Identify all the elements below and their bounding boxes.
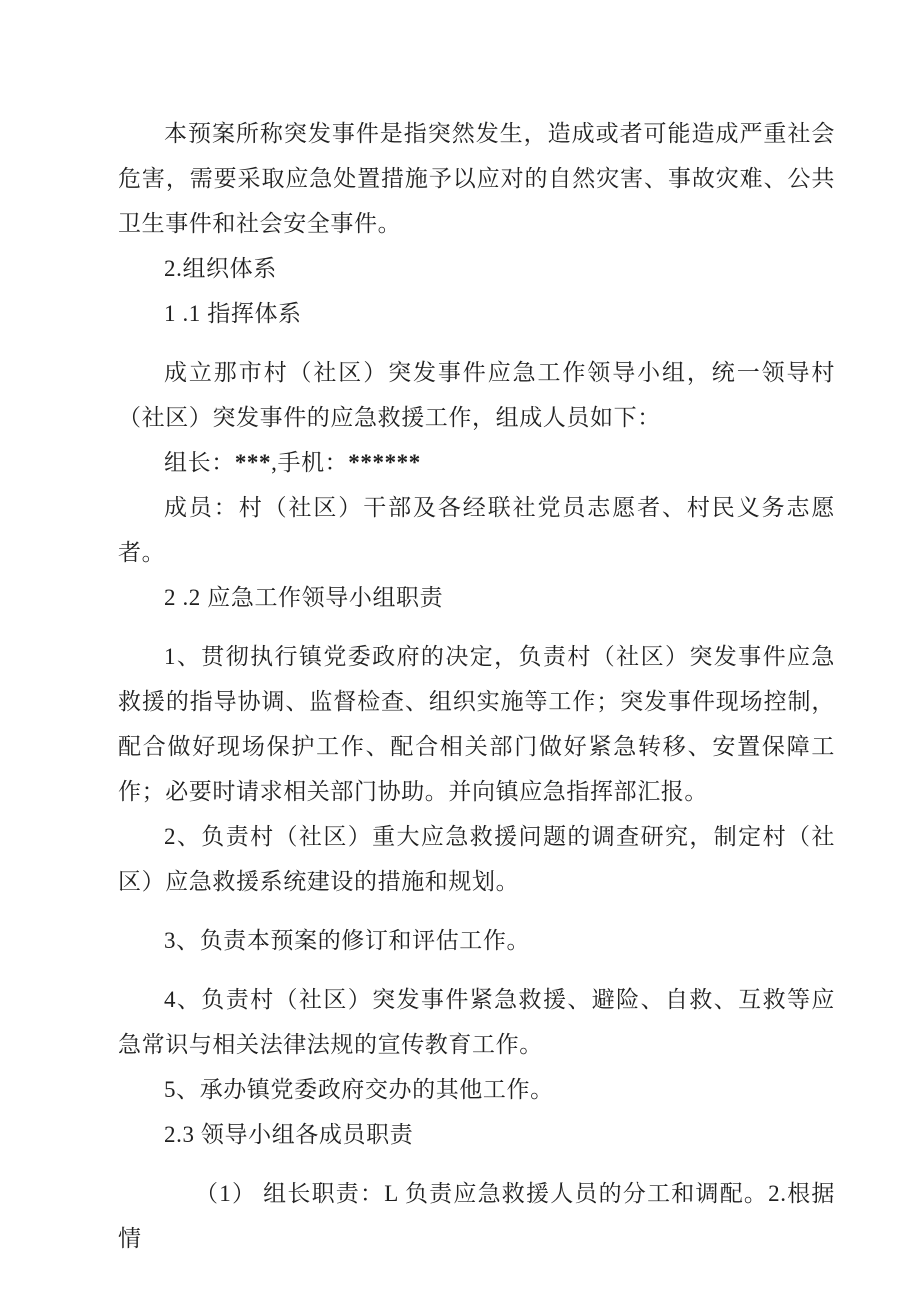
document-body: 本预案所称突发事件是指突然发生，造成或者可能造成严重社会危害，需要采取应急处置措… (118, 111, 835, 1261)
field-label: ,手机： (271, 450, 348, 475)
document-page: 本预案所称突发事件是指突然发生，造成或者可能造成严重社会危害，需要采取应急处置措… (0, 0, 920, 1301)
para-leading-group-setup: 成立那市村（社区）突发事件应急工作领导小组，统一领导村（社区）突发事件的应急救援… (118, 350, 835, 440)
masked-value: *** (235, 450, 271, 475)
para-duty-4: 4、负责村（社区）突发事件紧急救援、避险、自救、互救等应急常识与相关法律法规的宣… (118, 977, 835, 1067)
line-group-members: 成员：村（社区）干部及各经联社党员志愿者、村民义务志愿者。 (118, 485, 835, 575)
para-duty-5: 5、承办镇党委政府交办的其他工作。 (118, 1067, 835, 1112)
heading-command-system: 1 .1 指挥体系 (118, 291, 835, 336)
heading-leading-group-duties: 2 .2 应急工作领导小组职责 (118, 575, 835, 620)
para-duty-1: 1、贯彻执行镇党委政府的决定，负责村（社区）突发事件应急救援的指导协调、监督检查… (118, 634, 835, 814)
masked-value: ****** (348, 450, 421, 475)
line-group-leader: 组长：***,手机：****** (118, 440, 835, 485)
para-duty-2: 2、负责村（社区）重大应急救援问题的调查研究，制定村（社区）应急救援系统建设的措… (118, 814, 835, 904)
heading-member-duties: 2.3 领导小组各成员职责 (118, 1112, 835, 1157)
field-label: 组长： (164, 450, 235, 475)
para-emergency-definition: 本预案所称突发事件是指突然发生，造成或者可能造成严重社会危害，需要采取应急处置措… (118, 111, 835, 246)
para-group-leader-duties: （1） 组长职责：L 负责应急救援人员的分工和调配。2.根据情 (118, 1171, 835, 1261)
heading-organization-system: 2.组织体系 (118, 246, 835, 291)
para-duty-3: 3、负责本预案的修订和评估工作。 (118, 918, 835, 963)
